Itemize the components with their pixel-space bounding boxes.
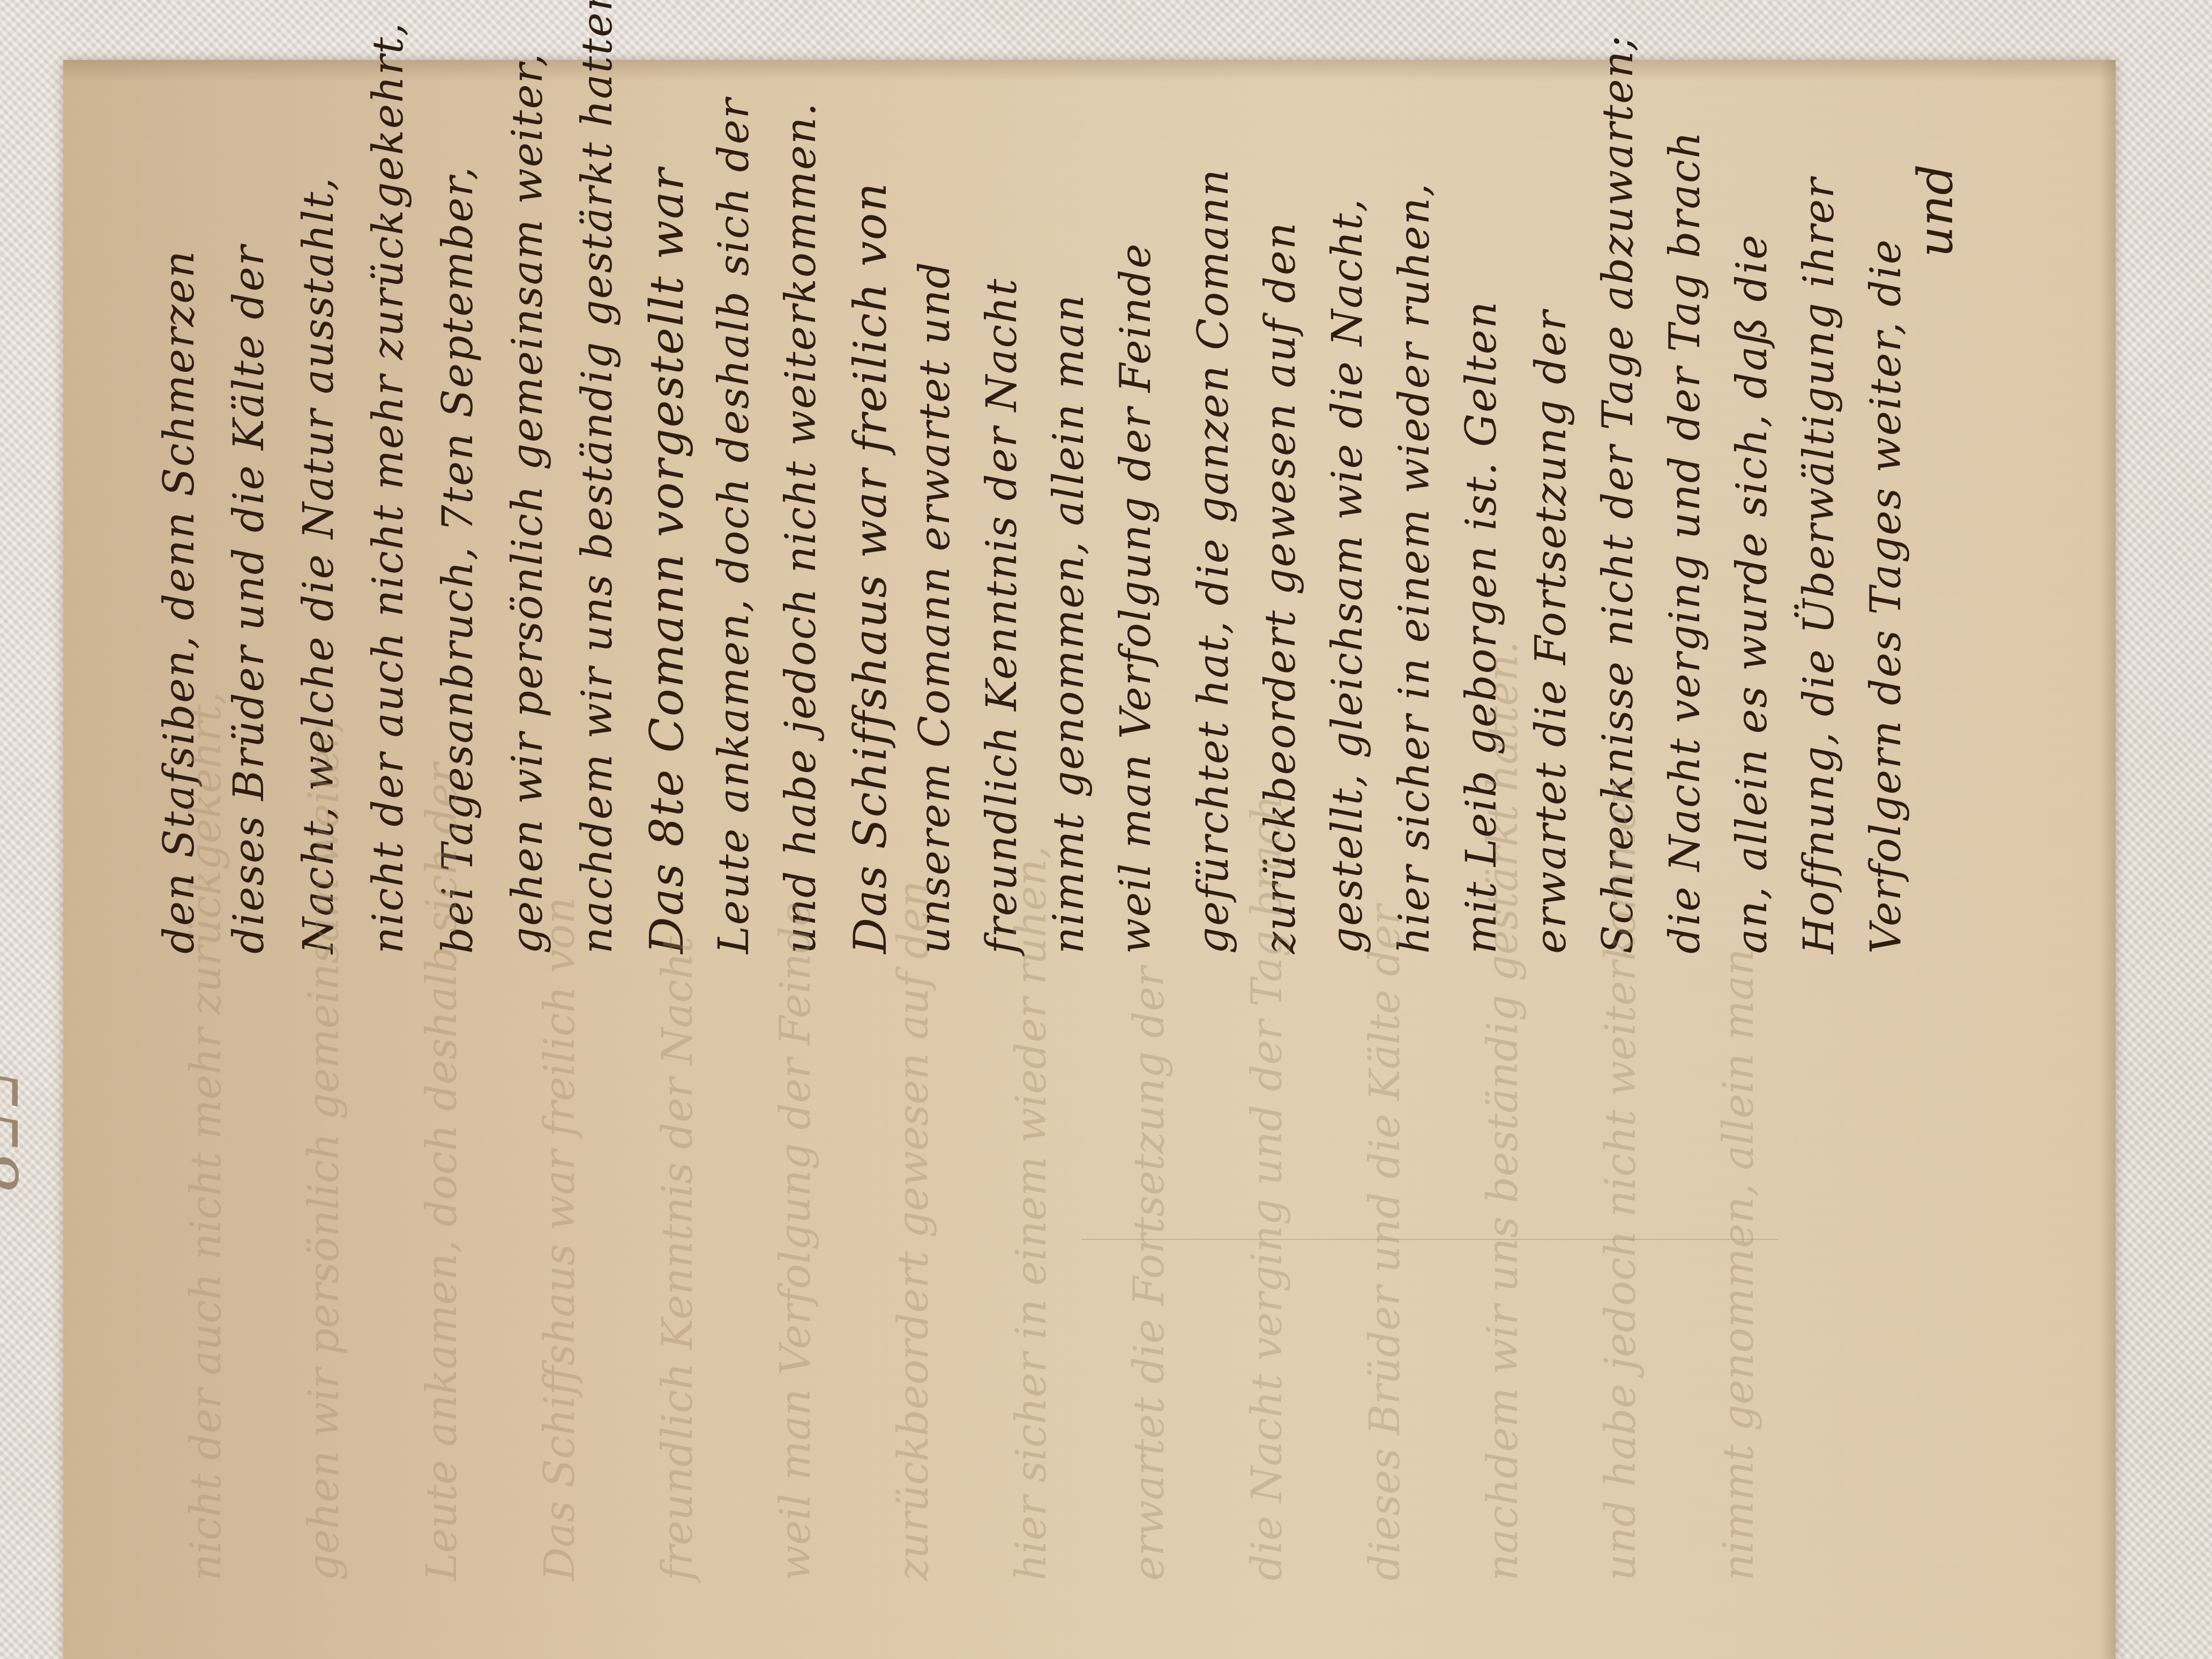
ghost-line: erwartet die Fortsetzung der	[1125, 967, 1174, 1581]
ghost-line: Leute ankamen, doch deshalb sich der	[418, 763, 466, 1581]
ghost-line: hier sicher in einem wieder ruhen,	[1007, 846, 1056, 1581]
bleed-through-lines: nicht der auch nicht mehr zurückgekehrt,…	[0, 0, 2212, 1659]
ghost-line: nicht der auch nicht mehr zurückgekehrt,	[182, 691, 230, 1581]
ghost-line: die Nacht verging und der Tag brach	[1243, 795, 1291, 1581]
ghost-line: nimmt genommen, allein man	[1715, 948, 1763, 1581]
ghost-line: nachdem wir uns beständig gestärkt hatte…	[1479, 641, 1527, 1581]
ghost-line: Das Schiffshaus war freilich von	[536, 897, 584, 1581]
ghost-line: zurückbeordert gewesen auf den	[890, 880, 938, 1581]
ghost-line: dieses Brüder und die Kälte der	[1361, 905, 1409, 1581]
ghost-line: und habe jedoch nicht weiterkommen.	[1597, 766, 1645, 1581]
catchword: und	[1908, 164, 1964, 257]
ghost-line: weil man Verfolgung der Feinde	[772, 902, 820, 1581]
ghost-line: gehen wir persönlich gemeinsam weiter,	[300, 720, 348, 1581]
ghost-line: freundlich Kenntnis der Nacht	[654, 936, 702, 1581]
